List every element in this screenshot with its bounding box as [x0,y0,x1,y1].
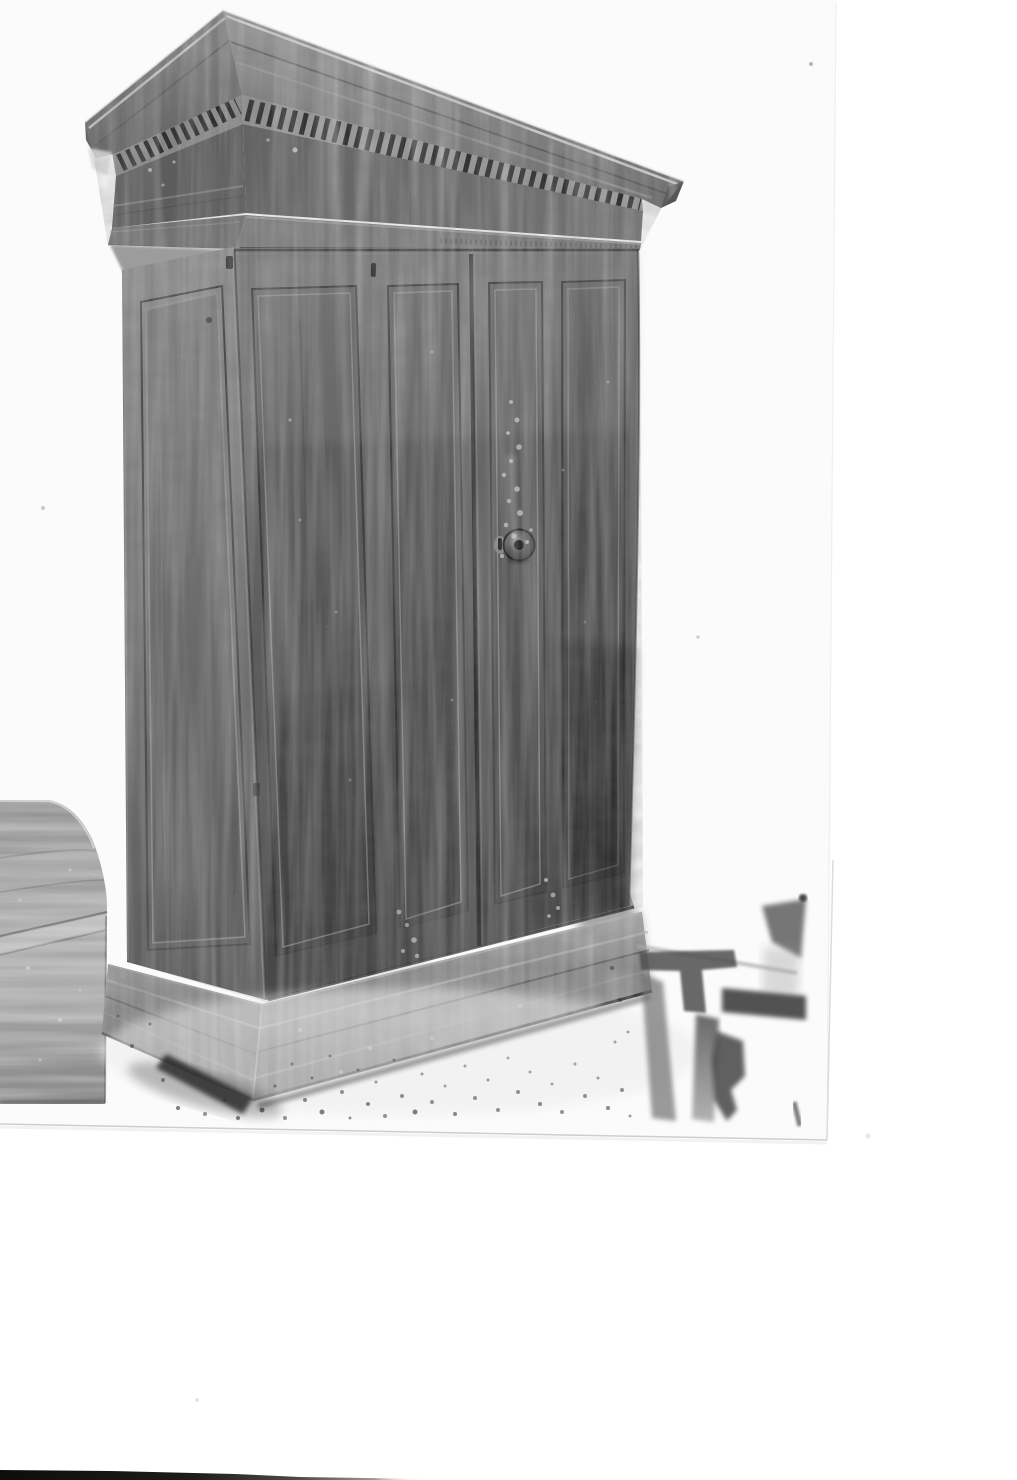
speckle [413,1110,418,1115]
dust-speck [809,62,813,66]
speckle [453,1112,457,1116]
speckle [618,998,622,1002]
paper-smudge [195,1398,199,1402]
speckle [283,1116,287,1120]
speckle [538,1102,542,1106]
speckle [574,1063,577,1066]
speckle [516,1090,520,1094]
speckle [366,1102,370,1106]
speckle [320,1110,325,1115]
speckle [291,1063,294,1066]
speckle [606,1106,610,1110]
speckle [610,966,614,970]
speckle [274,1085,277,1088]
speckle [203,1112,207,1116]
speckle [400,1094,404,1098]
speckle [507,1057,510,1060]
speckle [329,1055,332,1058]
speckle [340,1090,344,1094]
speckle [583,1094,587,1098]
speckle [464,1065,467,1068]
speckle [551,1083,554,1086]
wardrobe-grain [80,0,690,1115]
speckle [130,1044,134,1048]
wardrobe [80,0,690,1115]
dust-speck [41,506,45,510]
speckle [383,1114,387,1118]
speckle [311,1077,314,1080]
speckle [597,1077,600,1080]
speckle [421,1073,424,1076]
speckle [161,1078,165,1082]
photo-print: Antique wardrobe with dentil cornice — b… [0,0,1017,1480]
dust-speck [696,635,699,638]
speckle [236,1116,240,1120]
speckle [149,1023,152,1026]
speckle [357,1069,360,1072]
photo-scan: Antique wardrobe with dentil cornice — b… [0,0,1017,1480]
speckle [393,1059,396,1062]
speckle [303,1098,307,1102]
speckle [560,1110,564,1114]
speckle [176,1106,180,1110]
paper-smudge [865,1133,870,1138]
speckle [444,1085,447,1088]
speckle [487,1079,490,1082]
speckle [629,1115,632,1118]
speckle [529,1071,532,1074]
table-shadow-dot [799,894,807,902]
speckle [430,1100,434,1104]
speckle [473,1096,477,1100]
speckle [223,1098,227,1102]
speckle [349,1117,352,1120]
speckle [375,1081,378,1084]
speckle [620,1088,624,1092]
speckle [496,1108,500,1112]
speckle [117,1015,120,1018]
speckle [260,1108,265,1113]
speckle [614,1041,617,1044]
speckle [627,1031,630,1034]
